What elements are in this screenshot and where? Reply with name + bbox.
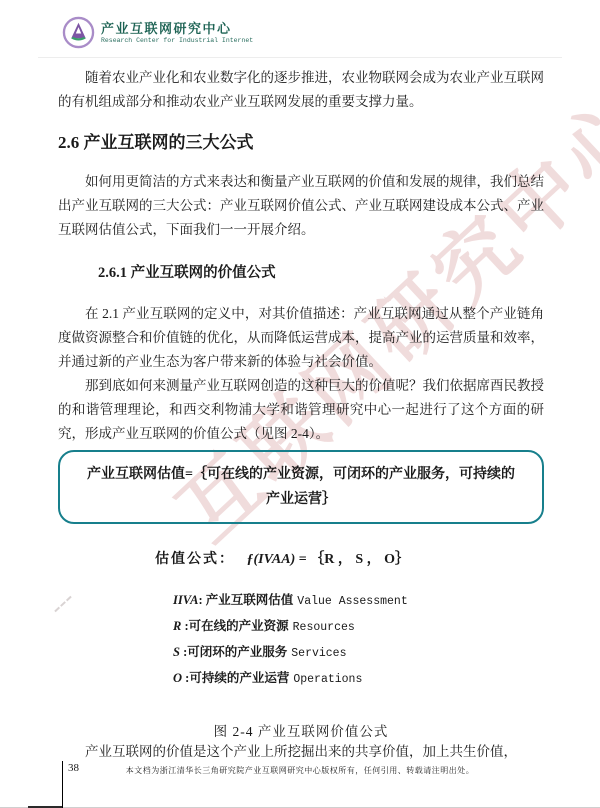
definition-row-o: O :可持续的产业运营Operations bbox=[173, 666, 544, 692]
definition-text-cn: 产业互联网估值 bbox=[206, 593, 294, 607]
paragraph-value-measure: 那到底如何来测量产业互联网创造的这种巨大的价值呢？我们依据席酉民教授的和谐管理理… bbox=[58, 374, 544, 446]
value-formula-box: 产业互联网估值=｛可在线的产业资源，可闭环的产业服务，可持续的产业运营｝ bbox=[58, 450, 544, 524]
paragraph-intro: 随着农业产业化和农业数字化的逐步推进，农业物联网会成为农业产业互联网的有机组成部… bbox=[58, 66, 544, 114]
document-page: 互联网研究中心 产业互联网研究中心 Research Center for In… bbox=[0, 0, 600, 808]
definition-symbol: O bbox=[173, 671, 182, 685]
definition-text-cn: 可闭环的产业服务 bbox=[187, 645, 287, 659]
definition-symbol: S bbox=[173, 645, 180, 659]
definition-separator: : bbox=[181, 619, 188, 633]
org-logo-icon bbox=[62, 16, 95, 49]
paragraph-value-description: 在 2.1 产业互联网的定义中，对其价值描述：产业互联网通过从整个产业链角度做资… bbox=[58, 302, 544, 374]
paragraph-three-formulas: 如何用更简洁的方式来表达和衡量产业互联网的价值和发展的规律，我们总结出产业互联网… bbox=[58, 170, 544, 242]
footer-copyright-note: 本文档为浙江清华长三角研究院产业互联网研究中心版权所有，任何引用、转载请注明出处… bbox=[0, 765, 600, 776]
page-content: 随着农业产业化和农业数字化的逐步推进，农业物联网会成为农业产业互联网的有机组成部… bbox=[58, 66, 544, 764]
definition-symbol: IIVA bbox=[173, 593, 198, 607]
header-divider bbox=[38, 57, 562, 58]
definition-row-r: R :可在线的产业资源Resources bbox=[173, 614, 544, 640]
org-name-en: Research Center for Industrial Internet bbox=[101, 36, 253, 45]
definition-text-cn: 可持续的产业运营 bbox=[189, 671, 289, 685]
figure-caption: 图 2-4 产业互联网价值公式 bbox=[58, 720, 544, 740]
definition-row-iiva: IIVA: 产业互联网估值Value Assessment bbox=[173, 588, 544, 614]
formula-function: ƒ(IVAA) bbox=[247, 552, 296, 567]
formula-set: = ｛R ， S ， O｝ bbox=[299, 552, 409, 567]
subsection-heading-2-6-1: 2.6.1 产业互联网的价值公式 bbox=[58, 262, 544, 284]
definition-text-en: Services bbox=[291, 647, 346, 660]
definition-row-s: S :可闭环的产业服务Services bbox=[173, 640, 544, 666]
definition-text-en: Operations bbox=[293, 673, 362, 686]
org-logo-text: 产业互联网研究中心 Research Center for Industrial… bbox=[101, 21, 253, 45]
paragraph-closing: 产业互联网的价值是这个产业上所挖掘出来的共享价值，加上共生价值， bbox=[58, 740, 544, 764]
formula-label: 估值公式： bbox=[155, 552, 235, 567]
definition-text-cn: 可在线的产业资源 bbox=[189, 619, 289, 633]
definition-text-en: Resources bbox=[293, 621, 355, 634]
definition-separator: : bbox=[198, 593, 205, 607]
definition-text-en: Value Assessment bbox=[297, 595, 407, 608]
symbol-definitions: IIVA: 产业互联网估值Value Assessment R :可在线的产业资… bbox=[173, 588, 544, 692]
org-name-cn: 产业互联网研究中心 bbox=[101, 21, 253, 36]
section-heading-2-6: 2.6 产业互联网的三大公式 bbox=[58, 130, 544, 156]
header: 产业互联网研究中心 Research Center for Industrial… bbox=[62, 16, 253, 49]
valuation-formula-line: 估值公式： ƒ(IVAA) = ｛R ， S ， O｝ bbox=[155, 548, 544, 568]
